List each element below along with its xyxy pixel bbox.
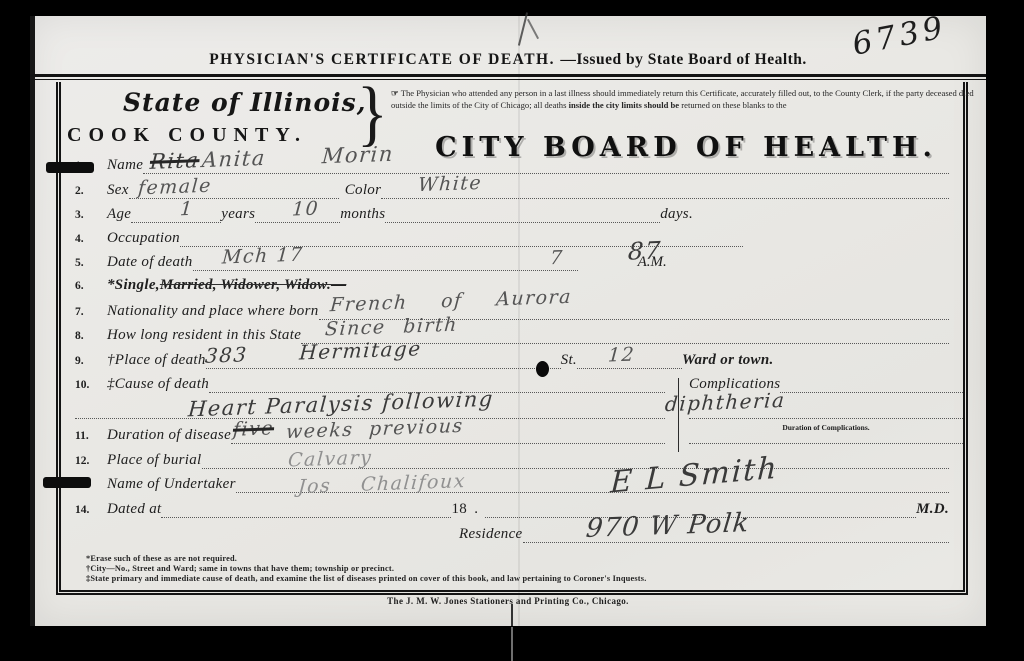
months-label: months: [340, 206, 385, 223]
title-subtitle: —Issued by State Board of Health.: [560, 51, 806, 68]
row-number: 7.: [75, 306, 107, 320]
physician-notice: ☞ The Physician who attended any person …: [391, 87, 981, 112]
dot-label: .: [467, 501, 485, 518]
color-label: Color: [345, 182, 382, 199]
handwriting-name-first: Anita: [201, 146, 267, 172]
row-number: 11.: [75, 430, 107, 444]
state-of-illinois-label: State of Illinois,: [123, 88, 366, 117]
spacer: [667, 258, 949, 271]
ink-blot: [536, 361, 549, 377]
cook-county-label: COOK COUNTY.: [67, 124, 307, 147]
row-number: 12.: [75, 455, 107, 469]
place-of-death-label: †Place of death: [107, 352, 206, 369]
md-label: M.D.: [916, 501, 949, 518]
pencil-scribble-top-2: [527, 19, 539, 39]
fold-mark-bottom: [511, 604, 513, 626]
pointing-hand-icon: ☞: [391, 88, 399, 98]
form-row-undertaker: 13. Name of Undertaker: [75, 473, 949, 493]
age-days-fill: [385, 209, 660, 223]
handwriting-death-hour: 7: [549, 247, 564, 270]
handwriting-sex: female: [137, 175, 212, 200]
days-label: days.: [660, 206, 693, 223]
handwriting-duration-struck: five: [232, 417, 275, 441]
notice-text-2: inside the city limits should be: [569, 100, 682, 110]
certificate-paper: PHYSICIAN'S CERTIFICATE OF DEATH. —Issue…: [30, 16, 986, 626]
title-main: PHYSICIAN'S CERTIFICATE OF DEATH.: [209, 51, 555, 68]
ward-or-town-label: Ward or town.: [682, 352, 774, 369]
nationality-label: Nationality and place where born: [107, 303, 319, 320]
duration-of-complications-fill: [689, 430, 963, 444]
footnote-erase: *Erase such of these as are not required…: [86, 554, 237, 563]
st-label: St.: [561, 352, 577, 369]
residence-label: Residence: [459, 526, 523, 543]
handwriting-name-struck: Rita: [149, 148, 200, 174]
handwriting-death-year: 87: [627, 236, 662, 265]
age-years-fill: [131, 209, 221, 223]
handwriting-name-last: Morin: [321, 142, 395, 169]
row-number: 9.: [75, 355, 107, 369]
married-widower-widow-struck-label: Married, Widower, Widow.—: [160, 277, 347, 294]
age-label: Age: [107, 206, 131, 223]
redaction-bar-line13: [43, 477, 91, 488]
document-title: PHYSICIAN'S CERTIFICATE OF DEATH. —Issue…: [30, 51, 986, 69]
occupation-label: Occupation: [107, 230, 180, 247]
row-number: 8.: [75, 330, 107, 344]
notice-text-3: returned on these blanks to the: [681, 100, 786, 110]
handwriting-burial-place: Calvary: [287, 446, 373, 471]
complications-fill: [780, 379, 963, 393]
dated-at-fill: [161, 504, 451, 518]
handwriting-residence: 970 W Polk: [584, 508, 751, 544]
cause-of-death-label: ‡Cause of death: [107, 376, 209, 393]
row-number: 4.: [75, 233, 107, 247]
form-row-age: 3. Age years months days.: [75, 203, 693, 223]
row-number: 5.: [75, 257, 107, 271]
place-of-burial-label: Place of burial: [107, 452, 202, 469]
year-18-label: 18: [451, 501, 467, 518]
footnote-state-cause: ‡State primary and immediate cause of de…: [86, 574, 646, 583]
years-label: years: [221, 206, 255, 223]
form-row-dated-at: 14. Dated at 18 . M.D.: [75, 498, 949, 518]
form-row-date-of-death: 5. Date of death A.M.: [75, 251, 949, 271]
handwriting-ward: 12: [607, 343, 636, 366]
handwriting-age-months: 10: [291, 197, 320, 220]
row-number: 10.: [75, 379, 107, 393]
row-number: 2.: [75, 185, 107, 199]
date-of-death-label: Date of death: [107, 254, 193, 271]
printer-credit: The J. M. W. Jones Stationers and Printi…: [30, 596, 986, 606]
row-number: 14.: [75, 504, 107, 518]
dated-at-label: Dated at: [107, 501, 161, 518]
duration-of-disease-label: Duration of disease: [107, 427, 231, 444]
form-row-place-of-burial: 12. Place of burial: [75, 449, 949, 469]
undertaker-label: Name of Undertaker: [107, 476, 236, 493]
scan-edge-shadow: [30, 16, 35, 626]
sex-label: Sex: [107, 182, 129, 199]
row-number: 6.: [75, 280, 107, 294]
handwriting-color: White: [417, 172, 483, 196]
handwriting-age-years: 1: [179, 198, 194, 221]
name-label: Name: [107, 157, 143, 174]
footnote-city: †City—No., Street and Ward; same in town…: [86, 564, 394, 573]
form-row-residency: 8. How long resident in this State: [75, 324, 949, 344]
fold-mark-below-paper: [511, 627, 513, 661]
single-label: *Single,: [107, 277, 160, 294]
redaction-bar-line1: [46, 162, 94, 173]
handwriting-complications: diphtheria: [664, 388, 786, 416]
handwriting-death-date: Mch 17: [221, 244, 304, 269]
row-number: 3.: [75, 209, 107, 223]
